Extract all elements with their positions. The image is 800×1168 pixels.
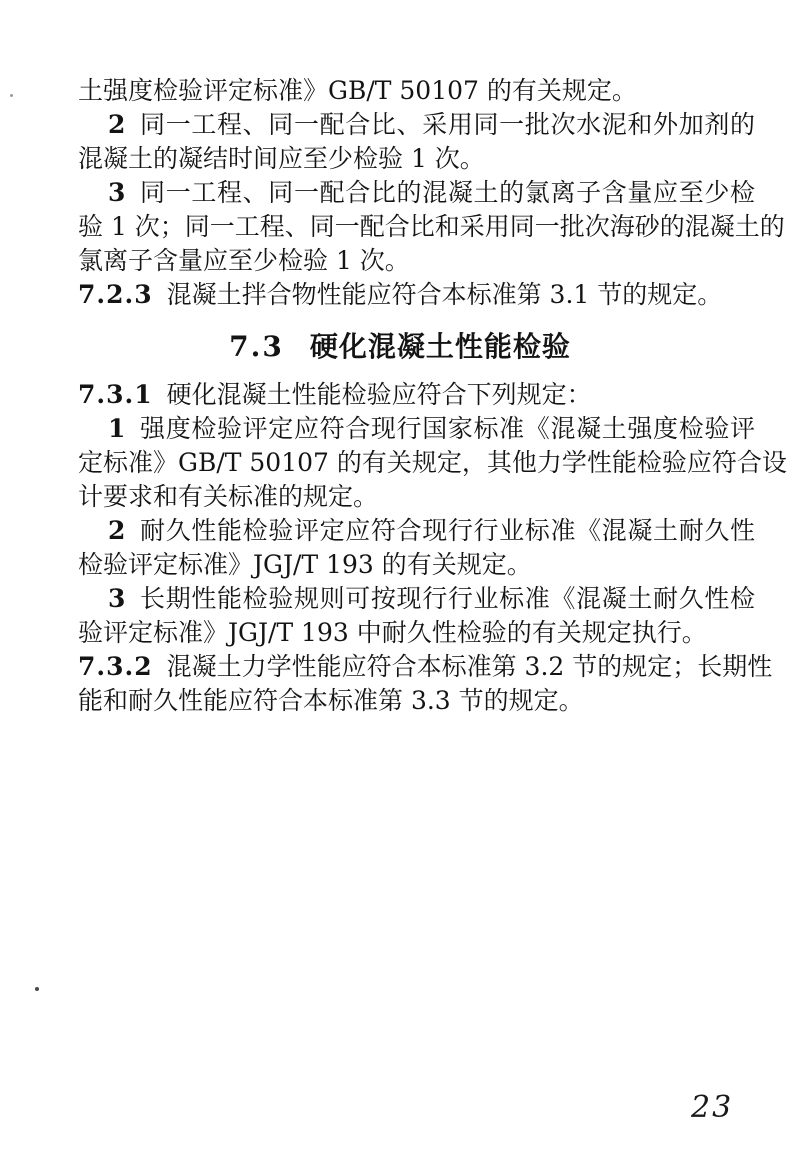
- line-text: 氯离子含量应至少检验 1 次。: [78, 246, 410, 275]
- page-number: 23: [691, 1090, 733, 1125]
- scanned-document-page: 7.3硬化混凝土性能检验 土强度检验评定标准》GB/T 50107 的有关规定。…: [0, 0, 800, 1168]
- line-text: 验评定标准》JGJ/T 193 中耐久性检验的有关规定执行。: [78, 618, 707, 647]
- text-line-numbered: 3长期性能检验规则可按现行行业标准《混凝土耐久性检: [78, 582, 755, 616]
- line-text: 混凝土拌合物性能应符合本标准第 3.1 节的规定。: [167, 280, 723, 309]
- text-line: 计要求和有关标准的规定。: [78, 480, 755, 514]
- item-number: 2: [108, 110, 126, 139]
- clause-number: 7.3.1: [78, 380, 153, 409]
- text-line-numbered: 1强度检验评定应符合现行国家标准《混凝土强度检验评: [78, 412, 755, 446]
- text-line-numbered: 7.3.1硬化混凝土性能检验应符合下列规定：: [78, 378, 755, 412]
- text-line-numbered: 2耐久性能检验评定应符合现行行业标准《混凝土耐久性: [78, 514, 755, 548]
- line-text: 同一工程、同一配合比、采用同一批次水泥和外加剂的: [139, 110, 755, 139]
- text-line-numbered: 2同一工程、同一配合比、采用同一批次水泥和外加剂的: [78, 108, 755, 142]
- line-text: 检验评定标准》JGJ/T 193 的有关规定。: [78, 550, 532, 579]
- text-line: 验 1 次；同一工程、同一配合比和采用同一批次海砂的混凝土的: [78, 210, 755, 244]
- line-text: 硬化混凝土性能检验应符合下列规定：: [167, 380, 592, 409]
- text-line: 混凝土的凝结时间应至少检验 1 次。: [78, 142, 755, 176]
- text-line-numbered: 3同一工程、同一配合比的混凝土的氯离子含量应至少检: [78, 176, 755, 210]
- line-text: 耐久性能检验评定应符合现行行业标准《混凝土耐久性: [139, 516, 755, 545]
- line-text: 能和耐久性能应符合本标准第 3.3 节的规定。: [78, 686, 584, 715]
- line-text: 长期性能检验规则可按现行行业标准《混凝土耐久性检: [139, 584, 755, 613]
- scan-speck: [10, 94, 13, 97]
- section-heading: 7.3硬化混凝土性能检验: [0, 329, 800, 365]
- line-text: 土强度检验评定标准》GB/T 50107 的有关规定。: [78, 76, 637, 105]
- clause-number: 7.3.2: [78, 652, 153, 681]
- text-line: 验评定标准》JGJ/T 193 中耐久性检验的有关规定执行。: [78, 616, 755, 650]
- text-line: 土强度检验评定标准》GB/T 50107 的有关规定。: [78, 74, 755, 108]
- heading-title: 硬化混凝土性能检验: [310, 330, 571, 363]
- clause-number: 7.2.3: [78, 280, 153, 309]
- line-text: 混凝土的凝结时间应至少检验 1 次。: [78, 144, 485, 173]
- line-text: 强度检验评定应符合现行国家标准《混凝土强度检验评: [139, 414, 755, 443]
- item-number: 3: [108, 178, 126, 207]
- line-text: 定标准》GB/T 50107 的有关规定，其他力学性能检验应符合设: [78, 448, 787, 477]
- text-line: 能和耐久性能应符合本标准第 3.3 节的规定。: [78, 684, 755, 718]
- text-line-numbered: 7.3.2混凝土力学性能应符合本标准第 3.2 节的规定；长期性: [78, 650, 755, 684]
- text-line: 氯离子含量应至少检验 1 次。: [78, 244, 755, 278]
- text-line: 检验评定标准》JGJ/T 193 的有关规定。: [78, 548, 755, 582]
- line-text: 混凝土力学性能应符合本标准第 3.2 节的规定；长期性: [167, 652, 773, 681]
- text-line: 定标准》GB/T 50107 的有关规定，其他力学性能检验应符合设: [78, 446, 755, 480]
- heading-number: 7.3: [229, 330, 284, 363]
- item-number: 1: [108, 414, 126, 443]
- text-line-numbered: 7.2.3混凝土拌合物性能应符合本标准第 3.1 节的规定。: [78, 278, 755, 312]
- item-number: 2: [108, 516, 126, 545]
- scan-speck: [35, 987, 39, 991]
- line-text: 验 1 次；同一工程、同一配合比和采用同一批次海砂的混凝土的: [78, 212, 785, 241]
- line-text: 计要求和有关标准的规定。: [78, 482, 378, 511]
- line-text: 同一工程、同一配合比的混凝土的氯离子含量应至少检: [139, 178, 755, 207]
- item-number: 3: [108, 584, 126, 613]
